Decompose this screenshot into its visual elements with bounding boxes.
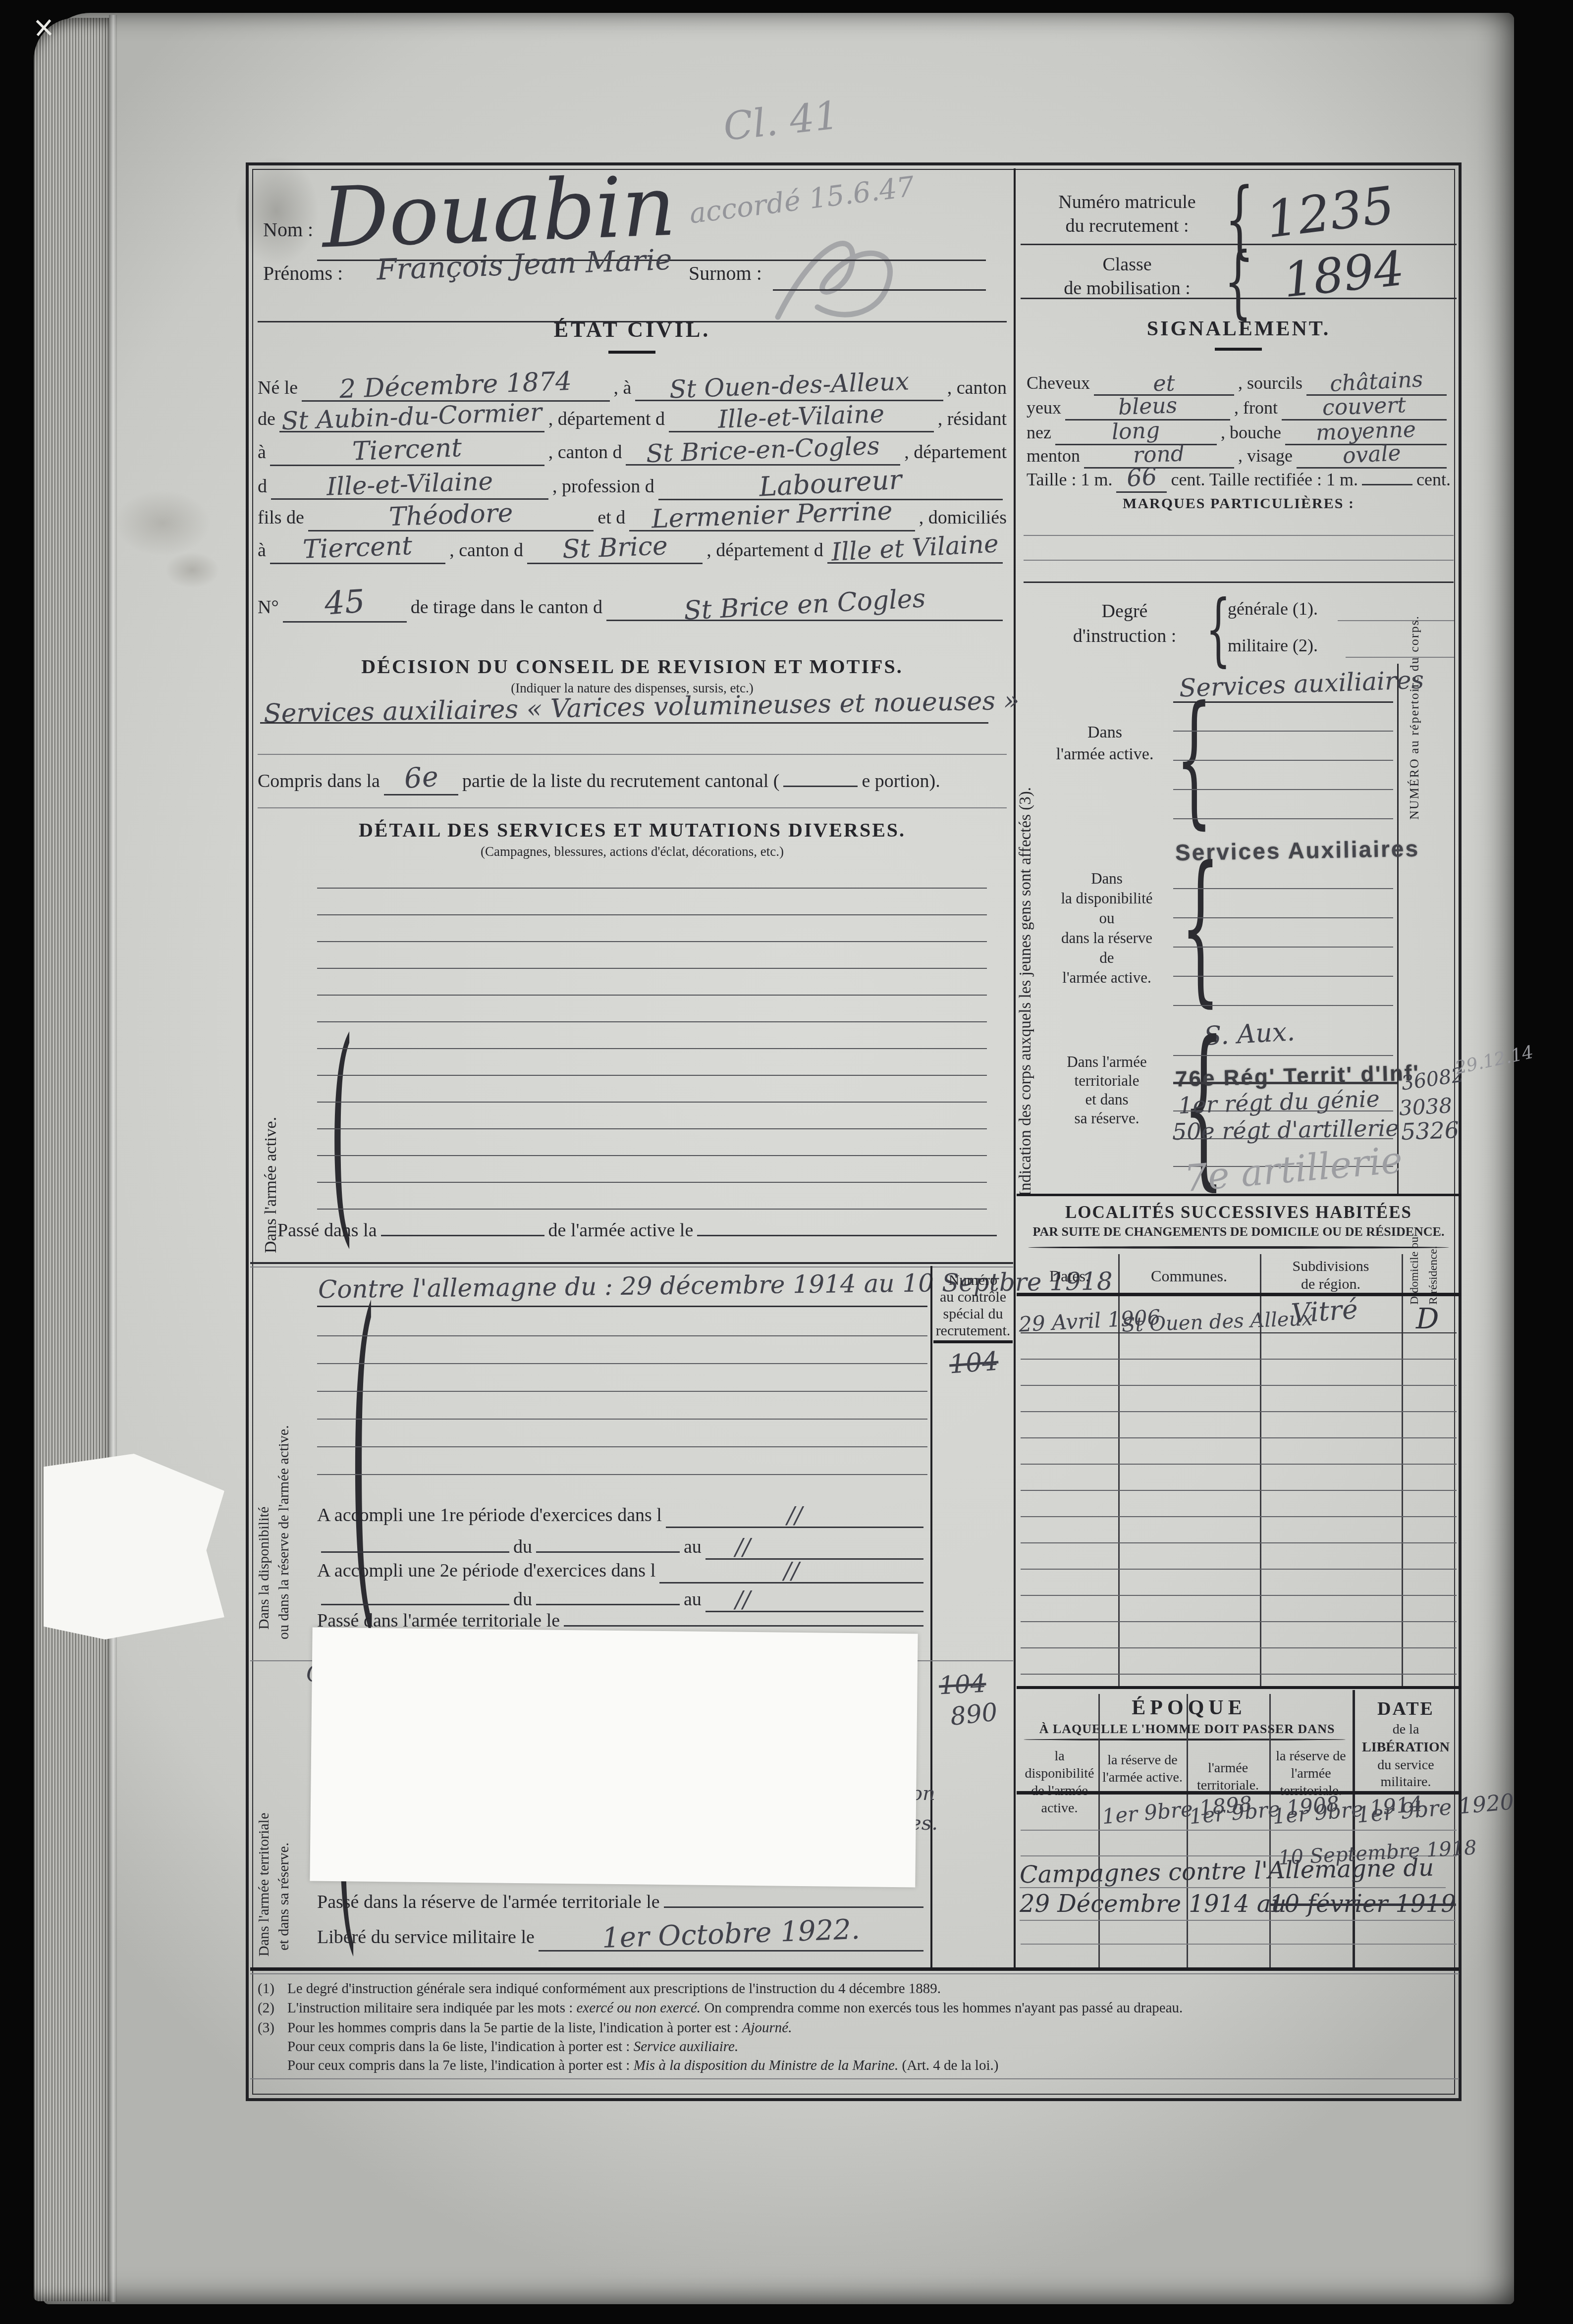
etat-civil-row-2: de St Aubin-du-Cormier , département d I… xyxy=(258,402,1007,432)
date-col-header-2: de la xyxy=(1355,1722,1457,1738)
corps-bottom-rule xyxy=(1017,1194,1461,1196)
localite-row-subdivision: Vitré xyxy=(1290,1293,1359,1329)
corps-b3-label-4: sa réserve. xyxy=(1048,1109,1165,1127)
epoque-col2-header: la réserve de l'armée active. xyxy=(1099,1751,1186,1786)
footnote-2-num: (2) xyxy=(258,2000,274,2016)
date-col-header-3: LIBÉRATION xyxy=(1355,1740,1457,1755)
side-label-disponibilite-1: Dans la disponibilité xyxy=(256,1288,272,1630)
classe-label-1: Classe xyxy=(1035,254,1219,275)
ctrl-number: 104 xyxy=(948,1347,999,1380)
decision-title: DÉCISION DU CONSEIL DE REVISION ET MOTIF… xyxy=(258,655,1007,678)
marques-line-2 xyxy=(1024,560,1454,561)
campagnes-rule-2 xyxy=(1020,1920,1456,1921)
repertoire-number-2: 3038 xyxy=(1399,1093,1453,1120)
localites-header-dr-1: D domicile ou xyxy=(1408,1211,1421,1305)
etat-civil-ornament xyxy=(608,351,655,354)
corps-b2-label-4: dans la réserve xyxy=(1048,929,1165,947)
footnote-1-num: (1) xyxy=(258,1981,274,1997)
bottom-rule-thin xyxy=(250,2078,1459,2079)
service-blank-lines-2 xyxy=(317,1309,927,1475)
side-label-territoriale-2: et dans sa réserve. xyxy=(275,1708,292,1951)
corps-terr-hw-artillerie: 50e régt d'artillerie xyxy=(1172,1114,1399,1145)
localites-header-dates: Dates. xyxy=(1021,1267,1118,1285)
ditto-mark: // xyxy=(787,1502,802,1529)
corps-b1-lines xyxy=(1173,702,1393,821)
degre-generale-rule xyxy=(1338,620,1454,621)
degre-brace xyxy=(1205,589,1231,669)
corps-b2-label-5: de xyxy=(1048,949,1165,967)
localites-ornament xyxy=(1028,1246,1449,1249)
footnote-separator-2 xyxy=(250,1973,1459,1974)
epoque-value-rule xyxy=(1021,1830,1457,1831)
localite-row-dr: D xyxy=(1416,1302,1439,1335)
periode2-row: A accompli une 2e période d'exercices da… xyxy=(317,1555,927,1584)
residence-canton: St Brice-en-Cogles xyxy=(646,431,880,468)
epoque-vline-1 xyxy=(1098,1694,1100,1969)
matricule-label-1: Numéro matricule xyxy=(1035,191,1219,213)
marques-line-1 xyxy=(1024,535,1454,536)
residence-commune: Tiercent xyxy=(352,433,462,467)
classe-rule xyxy=(1021,298,1457,299)
degre-militaire-rule xyxy=(1346,657,1454,658)
side-label-territoriale-1: Dans l'armée territoriale xyxy=(256,1699,272,1956)
epoque-title: ÉPOQUE xyxy=(1050,1696,1328,1720)
repertoire-number-3: 5326 xyxy=(1401,1116,1460,1145)
nez-value: long xyxy=(1112,418,1161,444)
matricule-label-2: du recrutement : xyxy=(1035,215,1219,237)
epoque-col3-header: l'armée territoriale. xyxy=(1188,1759,1268,1794)
tirage-canton: St Brice en Cogles xyxy=(683,583,926,626)
liberation-date: 1er Octobre 1922. xyxy=(601,1913,861,1954)
corps-b2-label-3: ou xyxy=(1048,909,1165,927)
localites-title: LOCALITÉS SUCCESSIVES HABITÉES xyxy=(1021,1203,1457,1222)
etat-civil-row-5: fils de Théodore et d Lermenier Perrine … xyxy=(258,500,1007,531)
sourcils-value: châtains xyxy=(1329,367,1424,397)
localites-bottom-rule xyxy=(1017,1686,1461,1689)
passe-armee-active-row: Passé dans la de l'armée active le xyxy=(277,1219,1001,1241)
surnom-label: Surnom : xyxy=(689,262,762,285)
campagne-rule xyxy=(317,1306,927,1307)
decision-rule-2 xyxy=(258,754,1007,755)
ctrl-rule xyxy=(933,1340,1013,1343)
date-col-header-5: militaire. xyxy=(1355,1774,1457,1790)
cheveux-row: Cheveux et , sourcils châtains xyxy=(1027,369,1451,396)
degre-generale-label: générale (1). xyxy=(1228,598,1318,619)
degre-label-2: d'instruction : xyxy=(1060,625,1189,647)
corps-b2-label-6: l'armée active. xyxy=(1048,969,1165,987)
corps-b1-label-1: Dans xyxy=(1050,723,1159,742)
services-title: DÉTAIL DES SERVICES ET MUTATIONS DIVERSE… xyxy=(258,818,1007,842)
stamp-strike-line xyxy=(1173,1082,1397,1084)
ditto-mark: // xyxy=(784,1557,799,1584)
service-blank-lines-1 xyxy=(317,862,987,1222)
side-label-disponibilite-2: ou dans la réserve de l'armée active. xyxy=(275,1278,292,1639)
epoque-col1-header: la disponibilité de l'armée active. xyxy=(1021,1747,1098,1817)
liste-partie: 6e xyxy=(403,761,439,795)
prenoms-label: Prénoms : xyxy=(263,262,343,285)
yeux-value: bleus xyxy=(1118,393,1178,420)
compris-rule xyxy=(258,807,1007,808)
yeux-row: yeux bleus , front couvert xyxy=(1027,394,1451,421)
corps-b1-label-2: l'armée active. xyxy=(1050,745,1159,764)
localites-header-dr-2: R résidence. xyxy=(1427,1211,1440,1305)
date-col-header-1: DATE xyxy=(1355,1698,1457,1720)
footnote-4: Pour ceux compris dans la 6e liste, l'in… xyxy=(287,2039,1457,2055)
whiteout-patch xyxy=(310,1628,918,1888)
patch-number-890: 890 xyxy=(949,1697,999,1731)
parents-commune: Tiercent xyxy=(302,531,413,565)
libere-row: Libéré du service militaire le 1er Octob… xyxy=(317,1918,927,1952)
ctrl-label-2: au contrôle xyxy=(933,1289,1013,1306)
signalement-title: SIGNALEMENT. xyxy=(1021,317,1457,341)
corps-b2-label-1: Dans xyxy=(1048,870,1165,888)
campagnes-struck-date: 10 février 1919 xyxy=(1269,1890,1456,1918)
front-value: couvert xyxy=(1322,392,1407,421)
etat-civil-row-6: à Tiercent , canton d St Brice , départe… xyxy=(258,533,1007,564)
parents-canton: St Brice xyxy=(562,531,668,564)
classe-label-2: de mobilisation : xyxy=(1035,277,1219,299)
etat-civil-title: ÉTAT CIVIL. xyxy=(258,317,1007,342)
campagnes-line-2: 29 Décembre 1914 au xyxy=(1020,1890,1286,1918)
footnote-3-num: (3) xyxy=(258,2020,274,2036)
footnote-1: Le degré d'instruction générale sera ind… xyxy=(287,1981,1452,1997)
corps-b2-label-2: la disponibilité xyxy=(1048,890,1165,907)
corps-b2-lines xyxy=(1173,860,1393,1006)
epoque-vline-2 xyxy=(1187,1694,1188,1969)
services-subtitle: (Campagnes, blessures, actions d'éclat, … xyxy=(258,844,1007,859)
father-name: Théodore xyxy=(388,498,513,532)
marques-line-3 xyxy=(1024,581,1454,583)
residence-departement: Ille-et-Vilaine xyxy=(326,467,493,501)
corps-b3-label-1: Dans l'armée xyxy=(1048,1053,1165,1071)
birth-canton: St Aubin-du-Cormier xyxy=(281,398,542,435)
birth-departement: Ille-et-Vilaine xyxy=(717,399,885,434)
decision-rule xyxy=(260,722,988,724)
localites-header-rule xyxy=(1017,1293,1461,1296)
corps-b3-label-3: et dans xyxy=(1048,1091,1165,1109)
periode1-row: A accompli une 1re période d'exercices d… xyxy=(317,1500,927,1528)
tirage-row: N° 45 de tirage dans le canton d St Bric… xyxy=(258,584,1007,623)
passe-reserve-territoriale-row: Passé dans la réserve de l'armée territo… xyxy=(317,1891,927,1913)
ctrl-label-3: spécial du xyxy=(933,1306,1013,1322)
footnote-separator xyxy=(250,1967,1459,1971)
torn-paper-fragment xyxy=(44,1454,224,1639)
localites-subtitle: PAR SUITE DE CHANGEMENTS DE DOMICILE OU … xyxy=(1021,1224,1457,1239)
taille-value: 66 xyxy=(1126,463,1158,492)
degre-label-1: Degré xyxy=(1060,600,1189,622)
epoque-vline-3 xyxy=(1269,1694,1271,1969)
footnote-5: Pour ceux compris dans la 7e liste, l'in… xyxy=(287,2058,1457,2074)
footnote-3: Pour les hommes compris dans la 5e parti… xyxy=(287,2020,1457,2036)
localites-header-subdiv-2: de région. xyxy=(1260,1276,1402,1293)
book-page-stack-edge xyxy=(34,18,109,2301)
ditto-mark: // xyxy=(735,1586,751,1613)
marques-title: MARQUES PARTICULIÈRES : xyxy=(1021,495,1457,512)
etat-civil-row-1: Né le 2 Décembre 1874 , à St Ouen-des-Al… xyxy=(258,370,1007,402)
nom-label: Nom : xyxy=(263,218,313,241)
ctrl-label-4: recrutement. xyxy=(933,1322,1013,1339)
localites-header-subdiv-1: Subdivisions xyxy=(1260,1258,1402,1275)
signalement-ornament xyxy=(1215,348,1262,351)
epoque-bottom-blank-rule xyxy=(1021,1944,1457,1945)
side-label-corps: Indication des corps auxquels les jeunes… xyxy=(1017,708,1035,1196)
etat-civil-row-3: à Tiercent , canton d St Brice-en-Cogles… xyxy=(258,435,1007,466)
column-divider xyxy=(1014,168,1016,1969)
pencil-scrawl xyxy=(758,218,917,332)
etat-civil-row-4: d Ille-et-Vilaine , profession d Laboure… xyxy=(258,468,1007,500)
classe-brace xyxy=(1224,242,1252,321)
epoque-ornament xyxy=(1024,1739,1346,1741)
campagnes-rule-1 xyxy=(1020,1887,1446,1888)
compris-row: Compris dans la 6e partie de la liste du… xyxy=(258,762,1007,795)
corps-b3-label-2: territoriale xyxy=(1048,1072,1165,1090)
corner-scratch-mark xyxy=(35,19,53,37)
localites-header-communes: Communes. xyxy=(1118,1267,1260,1285)
ctrl-box-line xyxy=(930,1266,932,1969)
mother-name: Lermenier Perrine xyxy=(651,496,893,534)
page-fold-crease xyxy=(109,15,117,2302)
birth-place: St Ouen-des-Alleux xyxy=(669,367,910,404)
bouche-value: moyenne xyxy=(1315,417,1416,445)
periode2-dates-row: du au // xyxy=(317,1584,927,1612)
taille-row: Taille : 1 m. 66 cent. Taille rectifiée … xyxy=(1027,464,1451,493)
date-col-header-4: du service xyxy=(1355,1757,1457,1773)
degre-militaire-label: militaire (2). xyxy=(1228,635,1318,656)
tirage-number: 45 xyxy=(323,583,366,623)
parents-departement: Ille et Vilaine xyxy=(831,529,999,567)
footnote-2: L'instruction militaire sera indiquée pa… xyxy=(287,2000,1457,2016)
localites-blank-rows xyxy=(1021,1333,1457,1686)
patch-number-104: 104 xyxy=(938,1669,987,1700)
surnom-rule xyxy=(773,289,986,291)
ctrl-label-1: Numéro xyxy=(933,1272,1013,1289)
label: Né le xyxy=(258,377,298,399)
